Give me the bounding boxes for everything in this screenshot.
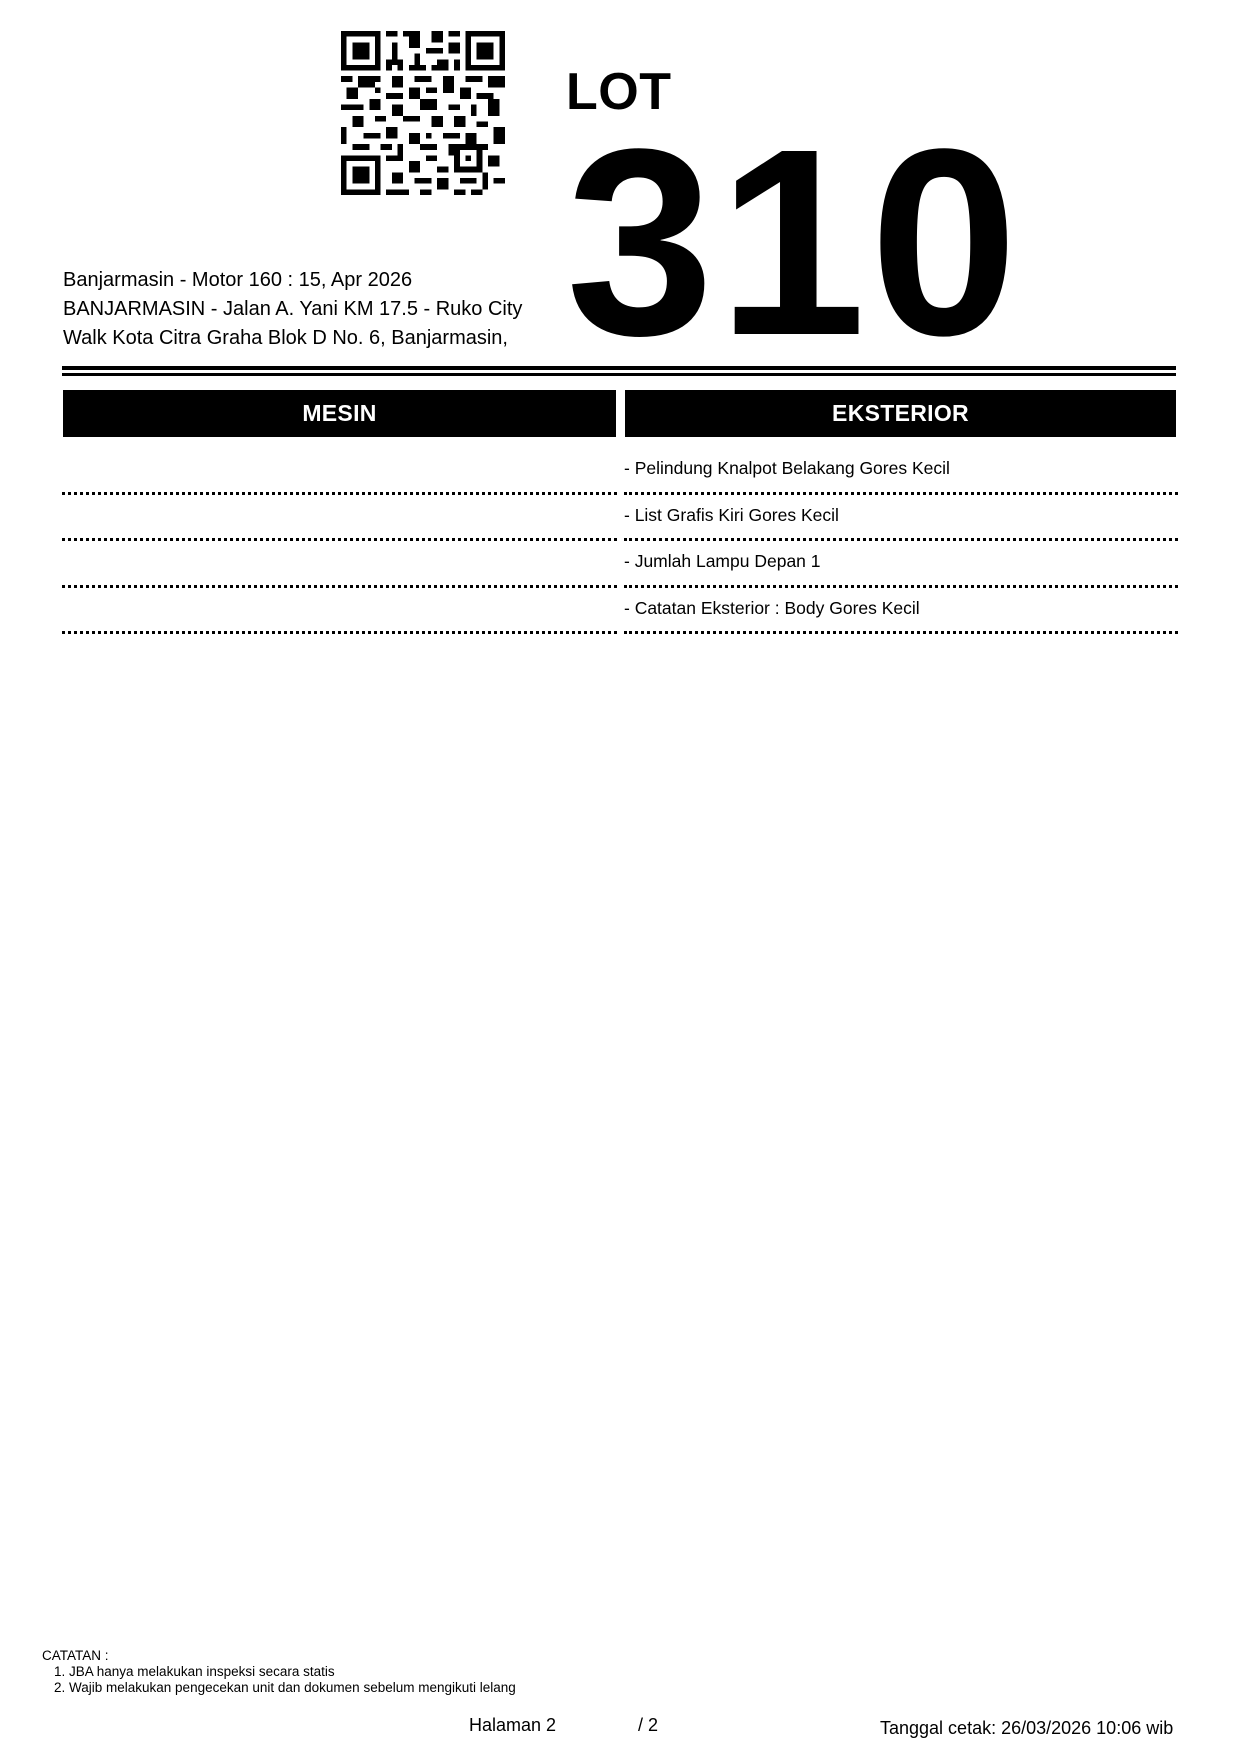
mesin-list: [62, 448, 617, 634]
lot-number: 310: [566, 110, 1022, 376]
header-divider: [62, 373, 1176, 376]
qr-code-icon: [341, 31, 505, 195]
column-header-mesin: MESIN: [63, 390, 616, 437]
auction-info-line: Banjarmasin - Motor 160 : 15, Apr 2026: [63, 266, 522, 295]
auction-info: Banjarmasin - Motor 160 : 15, Apr 2026 B…: [63, 266, 522, 353]
list-item: [62, 541, 617, 588]
print-date: Tanggal cetak: 26/03/2026 10:06 wib: [880, 1718, 1173, 1739]
column-header-eksterior: EKSTERIOR: [625, 390, 1176, 437]
notes-title: CATATAN :: [42, 1648, 516, 1664]
page-number: Halaman 2: [469, 1715, 556, 1736]
auction-info-line: Walk Kota Citra Graha Blok D No. 6, Banj…: [63, 324, 522, 353]
list-item: [62, 448, 617, 495]
list-item: - Pelindung Knalpot Belakang Gores Kecil: [624, 448, 1178, 495]
footer-notes: CATATAN : 1. JBA hanya melakukan inspeks…: [42, 1648, 516, 1696]
list-item: [62, 495, 617, 542]
header-divider: [62, 366, 1176, 370]
note-item: 1. JBA hanya melakukan inspeksi secara s…: [42, 1664, 516, 1680]
eksterior-list: - Pelindung Knalpot Belakang Gores Kecil…: [624, 448, 1178, 634]
page-total: / 2: [638, 1715, 658, 1736]
qr-code: [341, 31, 505, 195]
list-item: [62, 588, 617, 635]
list-item: - Catatan Eksterior : Body Gores Kecil: [624, 588, 1178, 635]
auction-info-line: BANJARMASIN - Jalan A. Yani KM 17.5 - Ru…: [63, 295, 522, 324]
note-item: 2. Wajib melakukan pengecekan unit dan d…: [42, 1680, 516, 1696]
list-item: - Jumlah Lampu Depan 1: [624, 541, 1178, 588]
list-item: - List Grafis Kiri Gores Kecil: [624, 495, 1178, 542]
